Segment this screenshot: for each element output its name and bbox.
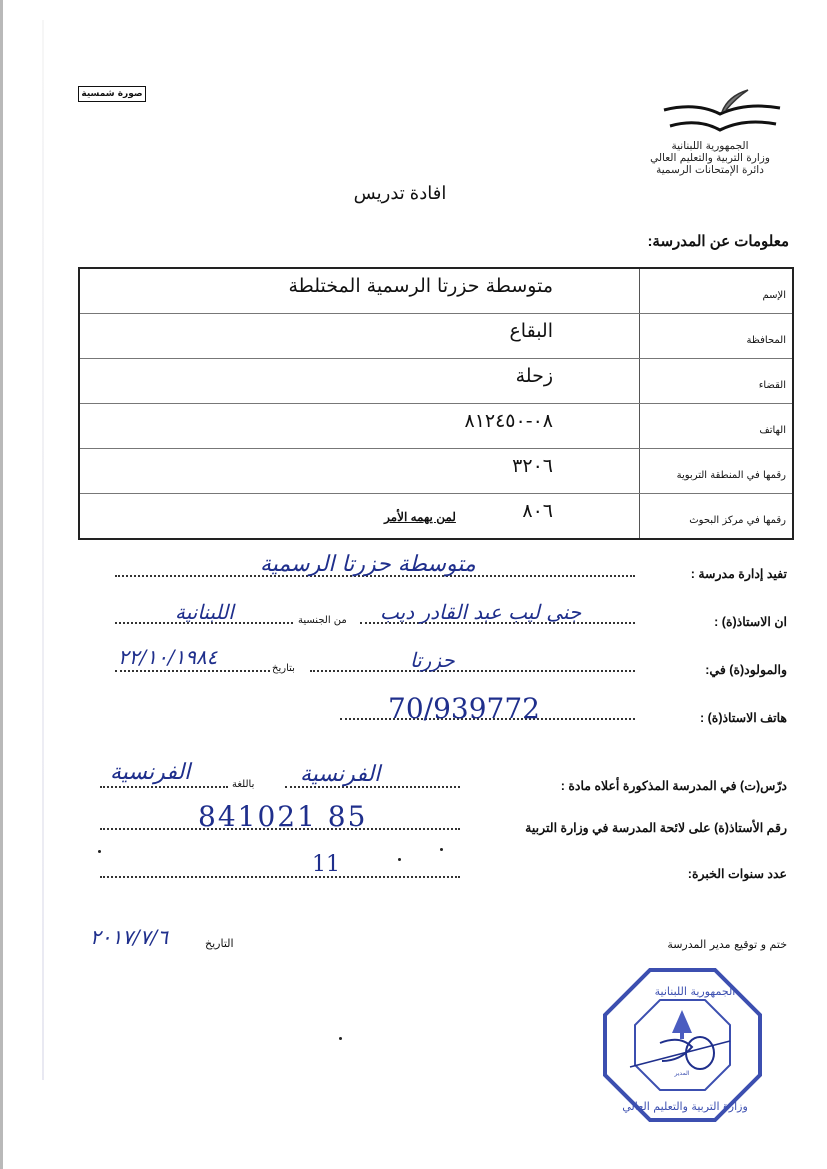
row-value: البقاع [79, 314, 640, 359]
school-admin-value: متوسطة حزرتا الرسمية [260, 552, 476, 577]
official-stamp-icon: الجمهورية اللبنانية وزارة التربية والتعل… [600, 965, 765, 1125]
stamp-bottom-text: وزارة التربية والتعليم العالي [622, 1100, 748, 1113]
birth-place-value: حزرتا [410, 648, 455, 672]
row-label: الهاتف [640, 404, 794, 449]
teacher-label: ان الاستاذ(ة) : [714, 614, 787, 629]
table-row: القضاء زحلة [79, 359, 793, 404]
scan-speck [339, 1037, 342, 1040]
stamp-top-text: الجمهورية اللبنانية [655, 985, 736, 998]
row-value: ٠٨-٨١٢٤٥٠ [79, 404, 640, 449]
row-value: ٣٢٠٦ [79, 449, 640, 494]
row-label: القضاء [640, 359, 794, 404]
stamp-center-text: المدير [673, 1070, 689, 1077]
date-label: التاريخ [205, 937, 234, 950]
table-row: الإسم متوسطة حزرتا الرسمية المختلطة [79, 268, 793, 314]
table-row: رقمها في المنطقة التربوية ٣٢٠٦ [79, 449, 793, 494]
ministry-number-value: 841021 85 [198, 800, 367, 833]
school-info-heading: معلومات عن المدرسة: [647, 232, 789, 250]
photo-label: صورة شمسية [81, 89, 142, 99]
logo-line-3: دائرة الإمتحانات الرسمية [630, 164, 790, 176]
nationality-value: اللبنانية [175, 600, 234, 624]
photo-placeholder-box: صورة شمسية [78, 86, 146, 102]
row-label: رقمها في المنطقة التربوية [640, 449, 794, 494]
to-whom-heading: لمن يهمه الأمر [340, 510, 500, 524]
scan-artifact-line [42, 20, 44, 1080]
language-label: باللغة [232, 779, 254, 790]
language-line [100, 786, 228, 788]
ministry-logo-icon [656, 88, 786, 140]
date-value: ٢٠١٧/٧/٦ [90, 925, 168, 949]
principal-signature-label: ختم و توقيع مدير المدرسة [667, 938, 787, 951]
teacher-name-value: جنى ليب عبد القادر ديب [380, 600, 581, 624]
scan-edge [0, 0, 3, 1169]
language-value: الفرنسية [110, 760, 190, 785]
experience-value: 11 [312, 852, 340, 877]
logo-line-2: وزارة التربية والتعليم العالي [630, 152, 790, 164]
ministry-header-text: الجمهورية اللبنانية وزارة التربية والتعل… [630, 140, 790, 176]
birth-place-line [310, 670, 635, 672]
subject-label: درّس(ت) في المدرسة المذكورة أعلاه مادة : [561, 778, 787, 793]
table-row: المحافظة البقاع [79, 314, 793, 359]
experience-line [100, 876, 460, 878]
row-label: رقمها في مركز البحوث [640, 494, 794, 540]
row-value: متوسطة حزرتا الرسمية المختلطة [79, 268, 640, 314]
ministry-number-label: رقم الأستاذ(ة) على لائحة المدرسة في وزار… [525, 820, 787, 835]
scan-speck [398, 858, 401, 861]
school-info-table: الإسم متوسطة حزرتا الرسمية المختلطة المح… [78, 267, 794, 540]
experience-label: عدد سنوات الخبرة: [688, 866, 787, 881]
birth-date-label: بتاريخ [272, 663, 295, 674]
nationality-label: من الجنسية [298, 615, 347, 626]
row-label: الإسم [640, 268, 794, 314]
logo-line-1: الجمهورية اللبنانية [630, 140, 790, 152]
birth-date-line [115, 670, 270, 672]
row-label: المحافظة [640, 314, 794, 359]
teacher-phone-value: 70/939772 [388, 692, 540, 725]
scan-speck [440, 848, 443, 851]
birth-date-value: ٢٢/١٠/١٩٨٤ [118, 645, 217, 669]
school-admin-label: تفيد إدارة مدرسة : [691, 566, 787, 581]
scan-speck [98, 850, 101, 853]
birth-place-label: والمولود(ة) في: [705, 662, 787, 677]
document-page: صورة شمسية الجمهورية اللبنانية وزارة الت… [0, 0, 827, 1169]
document-title: افادة تدريس [300, 183, 500, 204]
teacher-phone-label: هاتف الاستاذ(ة) : [700, 710, 787, 725]
table-row: الهاتف ٠٨-٨١٢٤٥٠ [79, 404, 793, 449]
subject-value: الفرنسية [300, 762, 380, 787]
row-value: زحلة [79, 359, 640, 404]
